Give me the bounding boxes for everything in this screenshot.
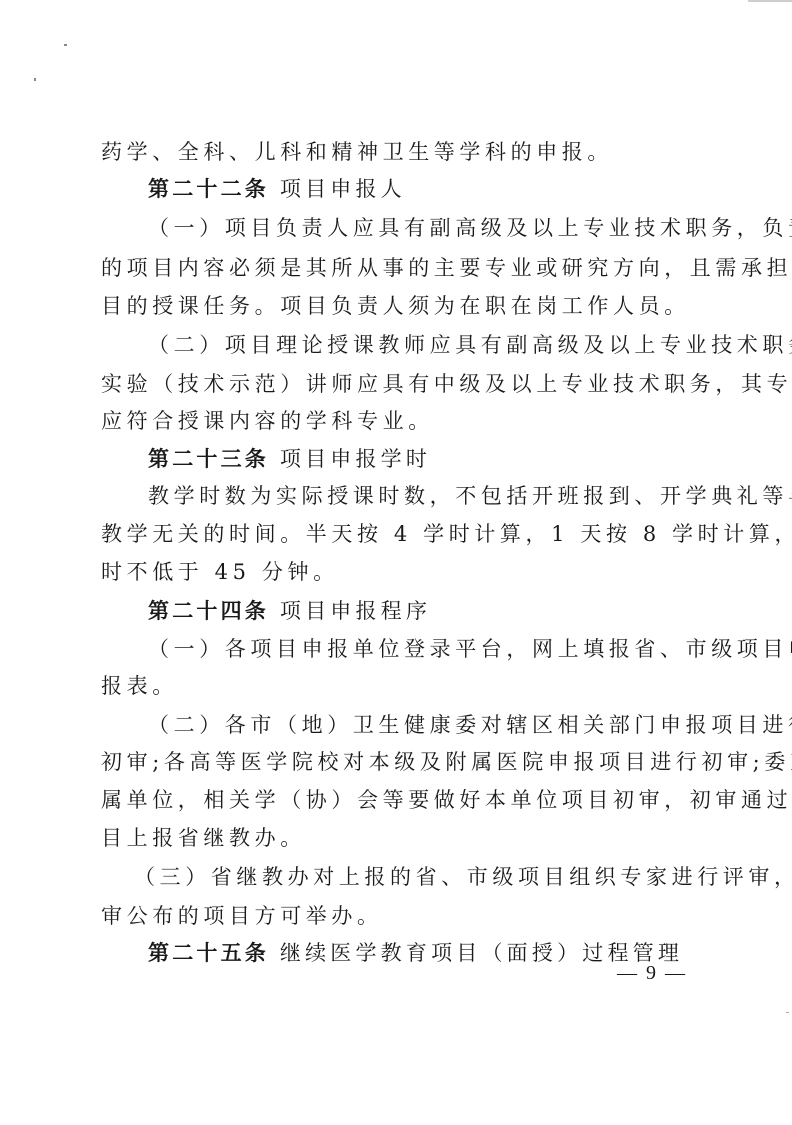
body-line: 审公布的项目方可举办。 (101, 901, 701, 931)
article-title: 项目申报程序 (269, 599, 431, 623)
article-24-heading: 第二十四条 项目申报程序 (148, 596, 748, 626)
para-line: （二）各市（地）卫生健康委对辖区相关部门申报项目进行 (148, 710, 748, 740)
scan-speck (34, 78, 36, 81)
scan-speck (64, 44, 67, 46)
para-line: （一）各项目申报单位登录平台，网上填报省、市级项目申 (148, 634, 748, 664)
para-line: （三）省继教办对上报的省、市级项目组织专家进行评审，评 (134, 862, 734, 892)
body-line: 属单位，相关学（协）会等要做好本单位项目初审，初审通过项 (101, 785, 701, 815)
scan-speck (786, 1012, 789, 1013)
article-22-heading: 第二十二条 项目申报人 (148, 174, 748, 204)
article-23-heading: 第二十三条 项目申报学时 (148, 444, 748, 474)
body-line: 目上报省继教办。 (101, 823, 701, 853)
para-line: （二）项目理论授课教师应具有副高级及以上专业技术职务， (148, 330, 748, 360)
para-line: 教学时数为实际授课时数，不包括开班报到、开学典礼等与 (148, 481, 748, 511)
body-line: 实验（技术示范）讲师应具有中级及以上专业技术职务，其专业 (101, 369, 701, 399)
article-title: 项目申报人 (269, 177, 406, 201)
body-line: 时不低于 45 分钟。 (101, 557, 701, 587)
body-line: 的项目内容必须是其所从事的主要专业或研究方向，且需承担项 (101, 253, 701, 283)
para-line: （一）项目负责人应具有副高级及以上专业技术职务，负责 (148, 213, 748, 243)
body-line: 药学、全科、儿科和精神卫生等学科的申报。 (101, 137, 701, 167)
scan-edge-mark (748, 0, 792, 2)
body-line: 初审;各高等医学院校对本级及附属医院申报项目进行初审;委直 (101, 747, 701, 777)
article-number: 第二十二条 (148, 177, 269, 201)
body-line: 教学无关的时间。半天按 4 学时计算，1 天按 8 学时计算，每学 (101, 519, 701, 549)
body-line: 应符合授课内容的学科专业。 (101, 406, 701, 436)
article-number: 第二十三条 (148, 447, 269, 471)
page-number: — 9 — (617, 962, 687, 985)
article-title: 项目申报学时 (269, 447, 431, 471)
article-number: 第二十四条 (148, 599, 269, 623)
body-line: 目的授课任务。项目负责人须为在职在岗工作人员。 (101, 291, 701, 321)
body-line: 报表。 (101, 671, 701, 701)
article-number: 第二十五条 (148, 941, 269, 965)
document-page: 药学、全科、儿科和精神卫生等学科的申报。 第二十二条 项目申报人 （一）项目负责… (0, 0, 792, 1125)
